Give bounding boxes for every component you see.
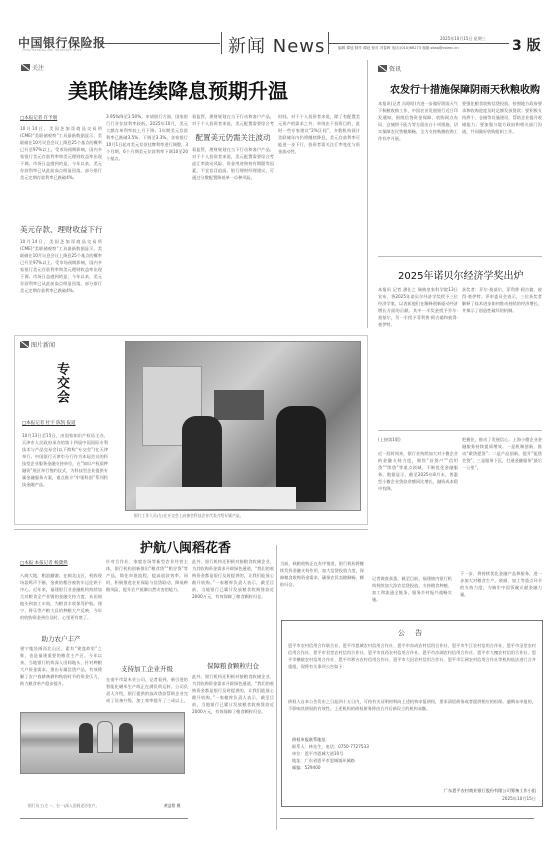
side-top-col1: 本报讯(记者 冯昭昭)为进一步做好阴雨天气下秋粮收购工作，中国农业发展银行近日印…: [378, 100, 458, 250]
booth-counter: [136, 487, 296, 509]
section-title-en: News: [273, 36, 326, 57]
feature-col1: 八闽大地，稻浪翻滚。在闽北山区，机收现场轰鸣声不断，金黄的稻谷被装车运往烘干中心…: [20, 572, 102, 628]
feature-byline: □本报 本报记者 杨潇然: [20, 560, 68, 566]
lead-col1: 10月14日，美国芝加哥商品交易所(CME)“美联储观察”工具最新数据显示，美联…: [20, 125, 102, 207]
lead-headline: 美联储连续降息预期升温: [68, 75, 288, 104]
newspaper-logo-subtitle: CHINA BANKING AND INSURANCE NEWS: [22, 49, 82, 52]
side-top-col2: 要强化粮食收购信贷投放，按照地方政府要求和收购进度及时足额发放贷款；要积极支持烘…: [462, 100, 542, 250]
editorial-staff: 编辑 谭冠 制作 谭冠 校对 冯春晖 电话:(010)66273 邮箱:zbsq…: [338, 46, 459, 51]
right-bottom-col2: 记者调查获悉，截至目前，福建辖内银行机构持续加大涉农信贷投放，支持粮食种植、加工…: [372, 575, 452, 612]
photo-news-body: 10月13日至15日，由国家知识产权局主办、天津市人民政府承办的第十四届中国国际…: [22, 432, 108, 520]
notice-body-2: 债权人自本公告发布之日起四十五日内，可持有关证明材料向上述机构申报债权，要求清偿…: [288, 698, 536, 734]
feature-col2b: 在南平市某米业公司，记者看到，新引进的智能化碾米生产线正在满负荷运转。公司负责人…: [106, 676, 188, 704]
tag-label: 关注: [32, 63, 44, 72]
photo-news-byline: □本报记者 杜宇 陈凯 报道: [22, 420, 76, 426]
feature-col1b: 建宁地处闽西北山区，素有“建莲故里”之称，也是福建重要的粮食主产区。今年以来，当…: [20, 645, 102, 701]
side-low-col2: 把握住，推动了发展信心。上海小微企业金融服务持续提质增效。一是机制创新，推动“敢…: [462, 436, 542, 580]
staff-figure: [182, 416, 222, 494]
lead-col4: 时间。对于个人投资者来说，除了有配置美元资产的需求之外，单纯出于投资目的，此时一…: [278, 113, 360, 323]
notice-contact-person: 联系人：林先生，电话：0750-7727533: [292, 743, 536, 750]
notice-title: 公 告: [282, 628, 542, 638]
side-mid-col1: 本报讯 记者 潘仕之 瑞典皇家科学院13日宣布，将2025年诺贝尔经济学奖授予三…: [378, 286, 458, 426]
notice-body: 恩平市农村信用合作联合社、恩平市恩城农村信用合作社、恩平市东成农村信用合作社、恩…: [288, 642, 536, 696]
photo-news-headline: 专交会: [52, 362, 71, 404]
bottom-rule: [280, 818, 534, 819]
section-rule: [378, 256, 542, 257]
right-bottom-col1: 当前，秋粮收购正在有序推进，银行机构将继续发挥金融支持作用，加大信贷投放力度，保…: [280, 560, 364, 612]
rice-field-photo: [20, 712, 185, 774]
expo-booth-photo: [125, 341, 361, 511]
notice-signer: 广东恩平农村商业银行股份有限公司筹备工作小组: [444, 787, 536, 794]
feature-subhead-1: 助力农户丰产: [20, 634, 102, 643]
notice-address: 地址：广东省恩平市恩城镇环城路: [292, 757, 536, 764]
page-number: 3 版: [512, 35, 541, 55]
feature-col2: 针对合作社、家庭农场等新型农业经营主体，银行机构创新推出“粮食贷”“稻谷贷”等产…: [106, 558, 188, 648]
bottom-rule: [20, 818, 188, 819]
tag-icon: [21, 64, 30, 71]
feature-col3: 此外，银行机构还积极对接粮食收储企业，为其收购资金需求开辟绿色通道。“我们的收购…: [192, 558, 274, 638]
photo-credit: 黄益铭 摄: [164, 803, 180, 809]
masthead-divider: [221, 32, 222, 54]
notice-date: 2025年10月15日: [502, 795, 536, 802]
lead-byline: □本报记者 许予朋: [20, 115, 57, 121]
side-mid-col2: 获奖者：乔尔·莫基尔，菲利普·阿吉翁，彼得·豪伊特。评审委员会表示，三位获奖者解…: [462, 286, 542, 426]
feature-subhead-3: 保障粮食颗粒归仓: [192, 661, 274, 670]
column-divider: [367, 60, 368, 328]
person-figure: [97, 721, 113, 753]
section-tag-news-brief: 资讯: [378, 64, 401, 73]
notice-zip: 邮编：529400: [292, 764, 536, 771]
tag-label: 资讯: [389, 64, 401, 73]
section-rule: [378, 430, 542, 431]
feature-col3b: 此外，银行机构还积极对接粮食收储企业，为其收购资金需求开辟绿色通道。“我们的收购…: [192, 673, 274, 833]
tag-icon: [378, 65, 387, 72]
column-divider: [276, 545, 277, 830]
section-tag-focus: 关注: [21, 63, 44, 72]
right-bottom-col3: 下一步，将持续优化金融产品和服务，进一步加大对粮食生产、收储、加工等重点环节的支…: [460, 570, 542, 612]
person-figure: [79, 723, 93, 753]
public-notice-box: 公 告 恩平市农村信用合作联合社、恩平市恩城农村信用合作社、恩平市东成农村信用合…: [281, 620, 543, 807]
side-low-col1: 近一段时间来，银行业持续加大对小微企业的金融支持力度，聚焦“首贷户”“信用贷”“…: [378, 450, 458, 580]
notice-unit: 单位：恩平市恩城大道10号: [292, 750, 536, 757]
feature-caption: 银行员工(左一、右一)深入田间走访农户。: [28, 803, 99, 809]
feature-subhead-2: 支持加工企业升级: [106, 664, 188, 673]
person-figure: [119, 723, 133, 753]
section-rule: [14, 529, 368, 530]
lead-subhead-2: 配置美元仍需关注波动: [192, 132, 274, 143]
tag-label: 图片新闻: [31, 340, 55, 349]
booth-screen: [214, 390, 264, 420]
lead-col1b: 10月14日，美国芝加哥商品交易所(CME)“美联储观察”工具最新数据显示，美联…: [20, 238, 102, 320]
masthead-rule-right: [329, 43, 509, 44]
lead-col3-top: 看监管，理财规划在当下行动和客户产品。对于个人投资者来说，美元配置需要综合考虑汇…: [192, 113, 274, 127]
section-title: 新闻 News: [228, 32, 325, 58]
lead-subhead-1: 美元存款、理财收益下行: [20, 224, 102, 235]
feature-headline: 护航八闽稻花香: [140, 537, 231, 556]
tag-icon: [20, 341, 29, 348]
masthead-rule-left: [100, 43, 220, 44]
notice-contact-label: 债权申报联系地址：: [292, 736, 536, 743]
side-top-headline: 农发行十措施保障阴雨天秋粮收购: [390, 81, 540, 96]
side-mid-headline: 2025年诺贝尔经济学奖出炉: [398, 267, 523, 282]
continued-kicker: (上接第1版): [378, 436, 458, 444]
lead-col3: 看监管，理财规划在当下行动和客户产品。对于个人投资者来说，美元配置需要综合考虑汇…: [192, 146, 274, 322]
lead-col2: 3.95%降至3.50%。申请银行方面，国家银行行业存款利率较低。2025年10…: [106, 113, 188, 323]
section-tag-photo-news: 图片新闻: [20, 340, 55, 349]
photo-news-caption: 银行工作人员(左)在专交会上向参会科技企业代表介绍专属产品。: [134, 513, 243, 519]
issue-date: 2025年10月15日 星期三: [440, 36, 486, 42]
section-title-cn: 新闻: [228, 36, 266, 57]
